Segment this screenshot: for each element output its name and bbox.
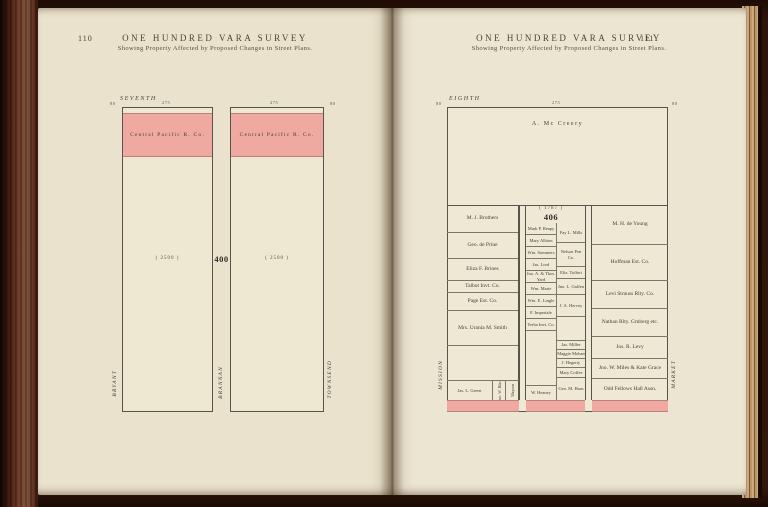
street-label-brannan: BRANNAN	[218, 366, 224, 399]
parcel: Eliz. Tofferi	[557, 267, 585, 279]
map-block-2: Central Pacific R. Co. ( 2500 )	[230, 107, 324, 412]
parcel: F. Imperiale	[526, 307, 556, 319]
parcel-row-bottom-left: Jas. L. Green Jno. W. Black Mayson	[447, 380, 519, 400]
parcel: Talbot Invt. Co.	[447, 281, 518, 293]
parcel: Mark P. Reapy	[526, 223, 556, 235]
parcel: Geo. de Prine	[447, 233, 518, 259]
street-label-market: MARKET	[671, 360, 677, 389]
dim-top: 275	[552, 100, 560, 105]
owner-label: Central Pacific R. Co.	[240, 132, 315, 138]
left-page: 110 ONE HUNDRED VARA SURVEY Showing Prop…	[38, 8, 392, 495]
map-block-1: Central Pacific R. Co. ( 2500 )	[122, 107, 213, 412]
block-number-406: 406	[530, 212, 572, 222]
parcel: W. Heaney	[526, 386, 556, 400]
parcel: J. A. Hervey	[557, 295, 585, 317]
parcel-column-jessie-east: Mark P. ReapyMary AlbionWm. SommersJas. …	[526, 223, 556, 400]
parcel: Hoffman Est. Co.	[592, 245, 668, 281]
affected-strip-left	[447, 400, 519, 412]
parcel: J. Hegerty	[557, 359, 585, 368]
parcel: Jno. W. Black	[493, 381, 506, 400]
left-page-title: ONE HUNDRED VARA SURVEY	[38, 33, 392, 43]
parcel-mccreery: A. Mc Creery	[448, 108, 667, 206]
parcel: Jno. L. Gaffen	[557, 279, 585, 295]
street-label-eighth: EIGHTH	[449, 96, 481, 102]
parcel: Jas. Miller	[557, 341, 585, 350]
parcel: Jno. A. & Thos. Yard	[526, 271, 556, 283]
parcel: Eliza F. Brines	[447, 259, 518, 281]
parcel: M. J. Brothers	[447, 205, 518, 233]
affected-parcel-central-pacific-1: Central Pacific R. Co.	[123, 113, 212, 157]
parcel: Nathan Rlty. Grnberg etc.	[592, 309, 668, 337]
right-page-subtitle: Showing Property Affected by Proposed Ch…	[392, 45, 746, 52]
parcel: Maggie Mohan	[557, 350, 585, 359]
parcel: Mary Albion	[526, 235, 556, 247]
owner-label: A. Mc Creery	[448, 121, 667, 127]
street-label-seventh: SEVENTH	[120, 96, 157, 102]
dim-corner-right: 80	[330, 101, 336, 106]
dim-corner-right: 80	[672, 101, 678, 106]
parcel: Jas. L. Green	[447, 381, 493, 400]
parcel: Geo. M. Haas	[557, 378, 585, 400]
parcel: Yerba Invt. Co.	[526, 319, 556, 331]
right-page-number: 111	[640, 34, 654, 43]
right-page: ONE HUNDRED VARA SURVEY Showing Property…	[392, 8, 746, 495]
alley-jessie	[519, 205, 526, 400]
affected-strip-right	[592, 400, 668, 412]
parcel: Mrs. Urania M. Smith	[447, 311, 518, 346]
parcel: Wm. Sommers	[526, 247, 556, 259]
dim-top-block2: 275	[270, 100, 278, 105]
parcel: Page Est. Co.	[447, 293, 518, 311]
book-cover-left	[0, 0, 38, 507]
parcel	[557, 317, 585, 341]
parcel: Odd Fellows Hall Assn.	[592, 379, 668, 400]
dim-corner-left: 80	[436, 101, 442, 106]
parcel	[526, 331, 556, 386]
parcel: Mary Coffee	[557, 368, 585, 378]
owner-label: Central Pacific R. Co.	[130, 132, 205, 138]
parcel: Jno. W. Miles & Kate Grace	[592, 359, 668, 379]
right-page-title: ONE HUNDRED VARA SURVEY	[392, 33, 746, 43]
street-label-townsend: TOWNSEND	[327, 360, 333, 399]
dim-top-block1: 275	[162, 100, 170, 105]
parcel: Jos. R. Levy	[592, 337, 668, 359]
parcel: Nelson Pen Co.	[557, 243, 585, 267]
parcel	[447, 346, 518, 380]
parcel: Fay L. Mills	[557, 223, 585, 243]
street-label-bryant: BRYANT	[112, 370, 118, 397]
affected-strip-middle	[526, 400, 585, 412]
block-area-label: ( 2500 )	[123, 256, 212, 261]
left-page-subtitle: Showing Property Affected by Proposed Ch…	[38, 45, 392, 52]
affected-parcel-central-pacific-2: Central Pacific R. Co.	[231, 113, 323, 157]
alley-stevenson	[585, 205, 592, 400]
parcel-column-stevenson-west: Fay L. MillsNelson Pen Co.Eliz. TofferiJ…	[556, 223, 585, 400]
parcel: Wm. Marie	[526, 283, 556, 295]
street-label-mission: MISSION	[438, 360, 444, 390]
parcel: Jas. Lord	[526, 259, 556, 271]
block-area-label: ( 2500 )	[231, 256, 323, 261]
parcel: Wm. E. Lingle	[526, 295, 556, 307]
parcel: Mayson	[506, 381, 519, 400]
parcel: M. H. de Young	[592, 205, 668, 245]
block-number-400: 400	[213, 254, 230, 264]
parcel-column-market: M. H. de YoungHoffman Est. Co.Levi Strau…	[592, 205, 668, 400]
parcel-column-mission: M. J. BrothersGeo. de PrineEliza F. Brin…	[447, 205, 519, 400]
parcel: Levi Strauss Rlty. Co.	[592, 281, 668, 309]
dim-corner-left: 80	[110, 101, 116, 106]
block-area-label: ( 1787 )	[530, 206, 572, 211]
